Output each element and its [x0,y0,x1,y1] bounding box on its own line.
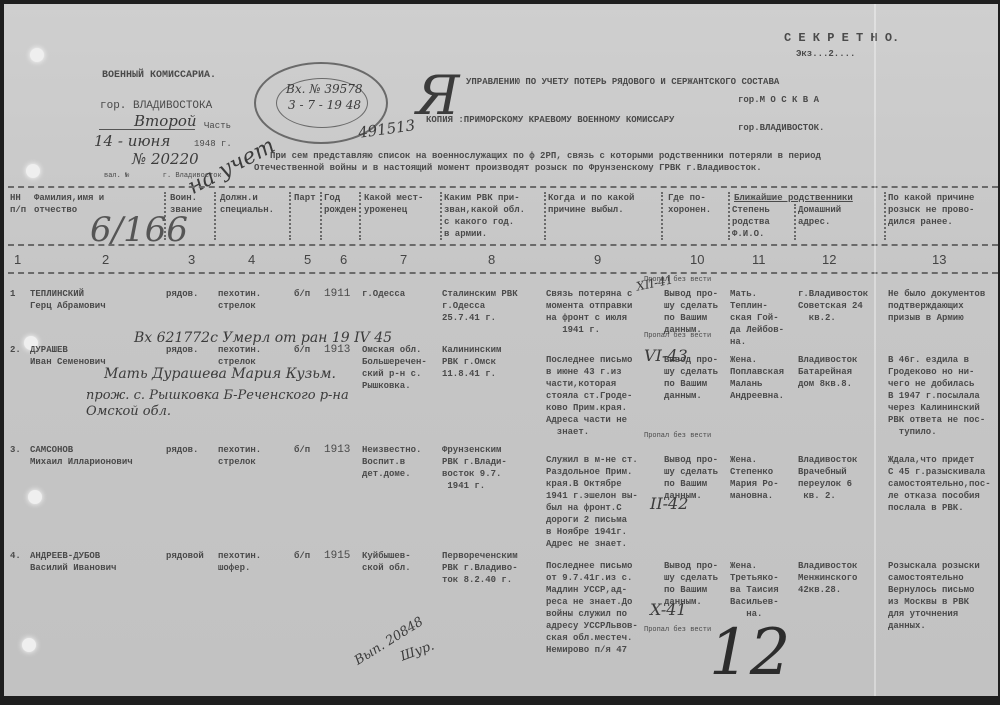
cell-rvk: Фрунзенским РВК г.Влади- восток 9.7. 194… [442,444,507,492]
column-number: 8 [488,252,495,267]
column-header: Когда и по какой причине выбыл. [548,192,634,216]
cell-address: Владивосток Врачебный переулок 6 кв. 2. [798,454,857,502]
secret-label: С Е К Р Е Т Н О. [784,32,899,44]
cell-relation: Мать. Теплин- ская Гой- да Лейбов- на. [730,288,784,348]
org-city: гор. ВЛАДИВОСТОКА [100,100,212,112]
cell-name: АНДРЕЕВ-ДУБОВ Василий Иванович [30,550,116,574]
cell-year: 1913 [324,444,350,456]
cell-address: г.Владивосток Советская 24 кв.2. [798,288,868,324]
part-handwritten: Второй [134,112,197,130]
intro-line-1: При сем представляю список на военнослуж… [270,150,821,162]
column-number: 7 [400,252,407,267]
cell-birthplace: Неизвестно. Воспит.в дет.доме. [362,444,421,480]
column-header: По какой причине розыск не прово- дился … [888,192,974,228]
stamp-incoming-number: Вх. № 39578 [286,82,363,96]
cell-birthplace: г.Одесса [362,288,405,300]
cell-why-not: Не было документов подтверждающих призыв… [888,288,985,324]
column-header: НН п/п [10,192,26,216]
cell-why-not: Розыскала розыски самостоятельно Вернуло… [888,560,980,632]
column-header: Каким РВК при- зван,какой обл. с какого … [444,192,525,240]
handwritten-mother-note: Мать Дурашева Мария Кузьм. [104,366,336,382]
missing-stamp: Пропал без вести [644,330,711,342]
cell-n: 1 [10,288,15,300]
handwritten-death-note: Вх 621772с Умерл от ран 19 IV 45 [134,330,392,346]
cell-n: 4. [10,550,21,562]
handwritten-mark-row3: II-42 [650,494,688,513]
cell-name: САМСОНОВ Михаил Илларионович [30,444,133,468]
cell-spec: пехотин. стрелок [218,344,261,368]
column-number: 2 [102,252,109,267]
cell-address: Владивосток Менжинского 42кв.28. [798,560,857,596]
copy-number: Экз...2.... [796,48,855,60]
column-number: 6 [340,252,347,267]
cell-party: б/п [294,288,310,300]
stamp-date: 3 - 7 - 19 48 [288,98,361,112]
date-handwritten: 14 - июня [94,132,170,150]
cell-relation: Жена. Степенко Мария Ро- мановна. [730,454,779,502]
addressee-main-city: гор.М О С К В А [738,94,819,106]
cell-reason: Служил в м-не ст. Раздольное Прим. края.… [546,454,638,550]
underline [99,129,195,130]
cell-reason: Последнее письмо в июне 43 г.из части,ко… [546,354,632,438]
column-header: Должн.и специальн. [220,192,274,216]
column-number: 3 [188,252,195,267]
org-name: ВОЕННЫЙ КОМИССАРИА. [102,70,216,82]
column-number: 5 [304,252,311,267]
cell-reason: Связь потеряна с момента отправки на фро… [546,288,632,336]
column-number: 9 [594,252,601,267]
column-header: Домашний адрес. [798,204,841,228]
part-label: Часть [204,120,231,132]
punch-hole [22,638,36,652]
handwritten-bottom-sign: Шур. [398,638,436,664]
cell-n: 3. [10,444,21,456]
cell-rvk: Калининским РВК г.Омск 11.8.41 г. [442,344,501,380]
cell-year: 1911 [324,288,350,300]
cell-spec: пехотин. стрелок [218,444,261,468]
cell-name: ТЕПЛИНСКИЙ Герц Абрамович [30,288,106,312]
column-number: 11 [752,252,766,267]
column-number: 13 [932,252,946,267]
archival-document: ВОЕННЫЙ КОМИССАРИА. гор. ВЛАДИВОСТОКА Вт… [4,4,998,696]
cell-birthplace: Омская обл. Большеречен- ский р-н с. Рыш… [362,344,427,392]
cell-party: б/п [294,444,310,456]
cell-rvk: Сталинским РВК г.Одесса 25.7.41 г. [442,288,518,324]
cell-spec: пехотин. стрелок [218,288,261,312]
column-header: Где по- хоронен. [668,192,711,216]
cell-relation: Жена. Третьяко- ва Таисия Васильев- на. [730,560,779,620]
relatives-group-header: Ближайшие родственники [734,192,853,204]
punch-hole [30,48,44,62]
column-number: 12 [822,252,836,267]
addressee-copy: КОПИЯ :ПРИМОРСКОМУ КРАЕВОМУ ВОЕННОМУ КОМ… [426,114,674,126]
cell-year: 1915 [324,550,350,562]
addressee-copy-city: гор.ВЛАДИВОСТОК. [738,122,824,134]
cell-rank: рядов. [166,288,198,300]
outgoing-number: № 20220 [132,150,199,168]
cell-relation: Жена. Поплавская Малань Андреевна. [730,354,784,402]
column-header: Год рожден [324,192,356,216]
column-header: Парт [294,192,316,204]
handwritten-mother-address: прож. с. Рышковка Б-Реченского р-на [86,388,349,403]
punch-hole [28,490,42,504]
handwritten-mark-row2: VI-43 [644,346,688,365]
date-year: 1948 г. [194,138,232,150]
cell-birthplace: Куйбышев- ской обл. [362,550,411,574]
column-header: Степень родства Ф.И.О. [732,204,770,240]
cell-party: б/п [294,550,310,562]
cell-why-not: В 46г. ездила в Гродеково но ни- чего не… [888,354,985,438]
cell-rank: рядов. [166,444,198,456]
missing-stamp: Пропал без вести [644,430,711,442]
cell-name: ДУРАШЕВ Иван Семенович [30,344,106,368]
column-number: 4 [248,252,255,267]
intro-line-2: Отечественной войны и в настоящий момент… [254,162,762,174]
cell-n: 2. [10,344,21,356]
missing-stamp: Пропал без вести [644,624,711,636]
cell-reason: Последнее письмо от 9.7.41г.из с. Мадлин… [546,560,638,656]
cell-address: Владивосток Батарейная дом 8кв.8. [798,354,857,390]
handwritten-bottom-note: Вып. 20848 [352,614,426,668]
column-number: 10 [690,252,704,267]
column-number: 1 [14,252,21,267]
handwritten-file-ref: 6/166 [90,210,188,250]
handwritten-mark-row4: X-41 [650,600,687,619]
cell-rank: рядовой [166,550,204,562]
addressee-main: УПРАВЛЕНИЮ ПО УЧЕТУ ПОТЕРЬ РЯДОВОГО И СЕ… [466,76,779,88]
handwritten-mother-region: Омской обл. [86,404,171,419]
cell-buried: Вывод про- шу сделать по Вашим данным. [664,288,718,336]
cell-spec: пехотин. шофер. [218,550,261,574]
cell-why-not: Ждала,что придет С 45 г.разыскивала само… [888,454,991,514]
punch-hole [26,164,40,178]
page-number-handwritten: 12 [709,616,790,690]
column-header: Какой мест- уроженец [364,192,423,216]
cell-rvk: Первореченским РВК г.Владиво- ток 8.2.40… [442,550,518,586]
